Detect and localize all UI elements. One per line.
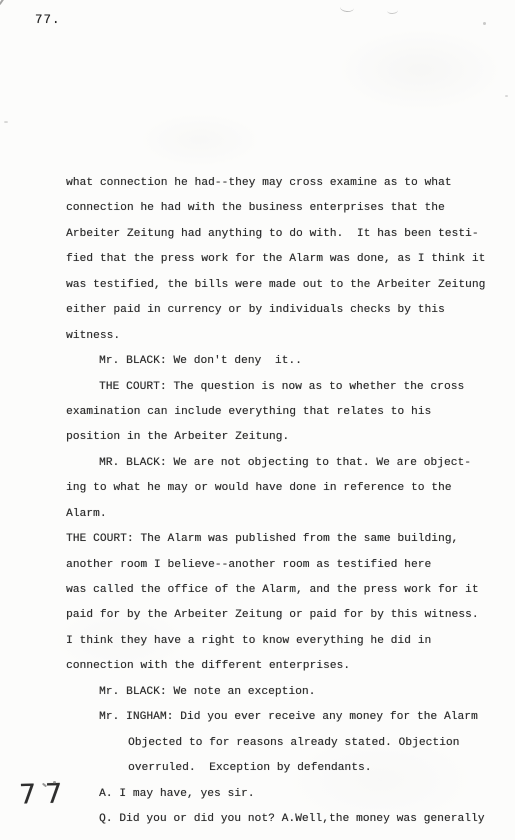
transcript-line: THE COURT: The question is now as to whe…: [0, 375, 515, 400]
transcript-line: Objected to for reasons already stated. …: [0, 731, 515, 756]
transcript-line: was testified, the bills were made out t…: [0, 273, 515, 298]
page-number-handwritten: 77: [19, 778, 72, 810]
transcript-line: connection with the different enterprise…: [0, 654, 515, 679]
scan-artifact-speck: [505, 95, 508, 97]
scan-artifact-swirl: [340, 2, 355, 12]
scanned-transcript-page: 77. what connection he had--they may cro…: [0, 0, 515, 840]
transcript-line: was called the office of the Alarm, and …: [0, 578, 515, 603]
transcript-line: what connection he had--they may cross e…: [0, 171, 515, 196]
scan-artifact-speck: [4, 121, 8, 123]
transcript-line: paid for by the Arbeiter Zeitung or paid…: [0, 603, 515, 628]
transcript-line: I think they have a right to know everyt…: [0, 629, 515, 654]
page-number-typed: 77.: [35, 13, 61, 27]
transcript-line: another room I believe--another room as …: [0, 553, 515, 578]
transcript-text: what connection he had--they may cross e…: [0, 171, 515, 832]
transcript-line: A. I may have, yes sir.: [0, 782, 515, 807]
transcript-line: Alarm.: [0, 502, 515, 527]
scan-artifact-speck: [483, 22, 486, 25]
transcript-line: Mr. INGHAM: Did you ever receive any mon…: [0, 705, 515, 730]
transcript-line: THE COURT: The Alarm was published from …: [0, 527, 515, 552]
scan-artifact-swirl: [387, 7, 398, 15]
scan-artifact-corner: [0, 0, 10, 9]
transcript-line: fied that the press work for the Alarm w…: [0, 247, 515, 272]
transcript-line: Arbeiter Zeitung had anything to do with…: [0, 222, 515, 247]
transcript-line: position in the Arbeiter Zeitung.: [0, 425, 515, 450]
transcript-line: examination can include everything that …: [0, 400, 515, 425]
transcript-line: connection he had with the business ente…: [0, 196, 515, 221]
transcript-line: Mr. BLACK: We don't deny it..: [0, 349, 515, 374]
transcript-line: overruled. Exception by defendants.: [0, 756, 515, 781]
transcript-line: witness.: [0, 324, 515, 349]
transcript-line: ing to what he may or would have done in…: [0, 476, 515, 501]
transcript-line: either paid in currency or by individual…: [0, 298, 515, 323]
transcript-line: Mr. BLACK: We note an exception.: [0, 680, 515, 705]
transcript-line: MR. BLACK: We are not objecting to that.…: [0, 451, 515, 476]
transcript-line: Q. Did you or did you not? A.Well,the mo…: [0, 807, 515, 832]
